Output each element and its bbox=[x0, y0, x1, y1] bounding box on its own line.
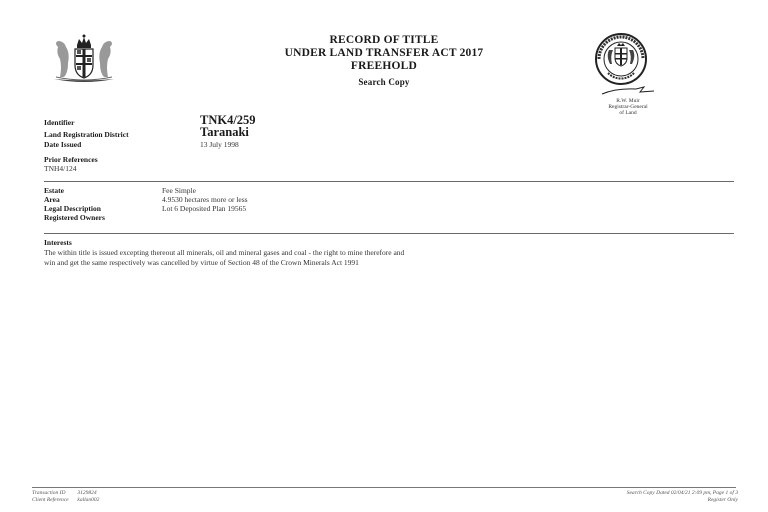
client-reference-label: Client Reference bbox=[32, 497, 76, 504]
footer-divider bbox=[32, 487, 736, 488]
prior-references-label: Prior References bbox=[44, 155, 98, 164]
estate-label: Estate bbox=[44, 186, 64, 195]
district-label: Land Registration District bbox=[44, 130, 129, 139]
date-issued-label: Date Issued bbox=[44, 140, 81, 149]
area-value: 4.9530 hectares more or less bbox=[162, 195, 248, 204]
identifier-label: Identifier bbox=[44, 118, 74, 127]
transaction-id-value: 3129824 bbox=[77, 490, 96, 496]
divider bbox=[44, 233, 734, 234]
signature-icon bbox=[596, 86, 660, 96]
area-label: Area bbox=[44, 195, 60, 204]
register-only-label: Register Only bbox=[627, 497, 738, 504]
client-reference-value: kallan002 bbox=[77, 497, 99, 503]
date-issued-value: 13 July 1998 bbox=[200, 140, 239, 149]
footer-left: Transaction ID 3129824 Client Reference … bbox=[32, 490, 99, 503]
interests-heading: Interests bbox=[44, 238, 72, 247]
interests-line-2: win and get the same respectively was ca… bbox=[44, 258, 724, 268]
search-copy-dated: Search Copy Dated 02/04/21 2:09 pm, Page… bbox=[627, 490, 738, 497]
registrar-signature: R.W. Muir Registrar-General of Land bbox=[596, 86, 660, 116]
interests-text: The within title is issued excepting the… bbox=[44, 248, 724, 267]
legal-description-value: Lot 6 Deposited Plan 19565 bbox=[162, 204, 246, 213]
registered-owners-label: Registered Owners bbox=[44, 213, 105, 222]
registrar-general-seal-icon bbox=[594, 32, 648, 86]
footer-right: Search Copy Dated 02/04/21 2:09 pm, Page… bbox=[627, 490, 738, 503]
title-line-2: UNDER LAND TRANSFER ACT 2017 bbox=[0, 47, 768, 60]
legal-description-label: Legal Description bbox=[44, 204, 101, 213]
prior-references-value: TNH4/124 bbox=[44, 164, 77, 173]
title-line-3: FREEHOLD bbox=[0, 60, 768, 73]
divider bbox=[44, 181, 734, 182]
signatory-title-2: of Land bbox=[596, 110, 660, 116]
document-title: RECORD OF TITLE UNDER LAND TRANSFER ACT … bbox=[0, 34, 768, 89]
title-line-1: RECORD OF TITLE bbox=[0, 34, 768, 47]
estate-value: Fee Simple bbox=[162, 186, 196, 195]
district-value: Taranaki bbox=[200, 125, 249, 140]
interests-line-1: The within title is issued excepting the… bbox=[44, 248, 724, 258]
